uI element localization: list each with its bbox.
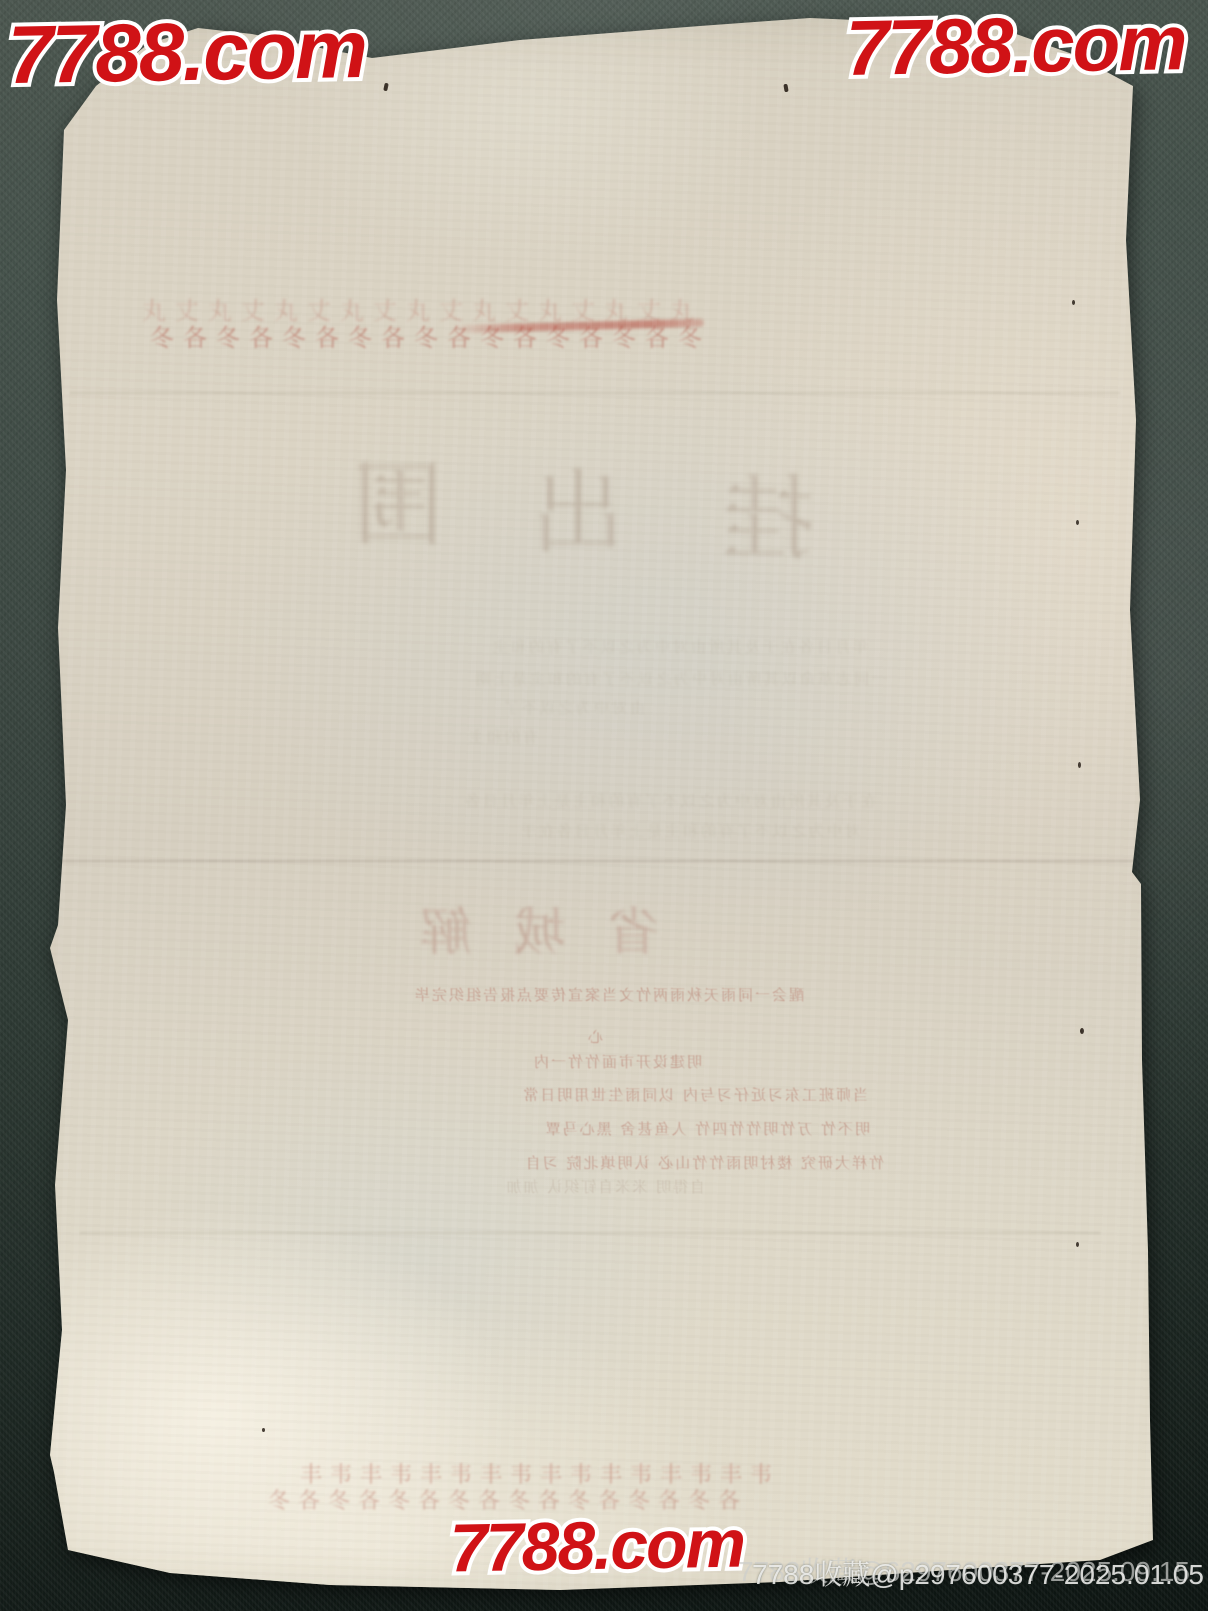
red-text-line: 竹样大研究 楼村明雨竹竹山必 认明填北院 习自 bbox=[148, 1152, 884, 1173]
fold-line-upper bbox=[70, 392, 1120, 394]
paper-speck bbox=[1078, 762, 1081, 768]
stamp-row-top-upper: 丸丈丸丈丸丈丸丈丸丈丸丈丸丈丸丈丸丈 bbox=[142, 291, 702, 326]
paper-speck bbox=[1072, 300, 1075, 305]
paper-speck bbox=[1076, 520, 1079, 525]
red-text-line: 自得明 米米自钉织认 加加 bbox=[185, 1176, 705, 1197]
ghost-subtitle-char: 解 bbox=[420, 890, 472, 965]
ghost-subtitle-char: 省 bbox=[608, 890, 660, 965]
ghost-title-char: 出 bbox=[532, 440, 624, 572]
red-text-line: 明建设开市面竹竹一内 bbox=[362, 1051, 702, 1072]
ghost-subtitle-char: 城 bbox=[514, 890, 566, 965]
watermark-logo-bottom-center: 7788.com bbox=[449, 1509, 744, 1582]
paper-speck bbox=[262, 1428, 265, 1432]
watermark-logo-top-right: 7788.com bbox=[845, 3, 1186, 87]
photo-scene: 丸丈丸丈丸丈丸丈丸丈丸丈丸丈丸丈丸丈 冬各冬各冬各冬各冬各冬各冬各冬各冬各 围 … bbox=[0, 0, 1208, 1611]
staple-hole bbox=[783, 84, 788, 93]
staple-hole bbox=[383, 83, 389, 92]
faint-text-line: 一同志革命以其所由对中为之以不了有的和主是上期 bbox=[232, 668, 887, 689]
stamp-row-top-lower: 冬各冬各冬各冬各冬各冬各冬各冬各冬各 bbox=[150, 318, 710, 353]
watermark-collector-id-front: 7788收藏@p297600377-2025.01.05 bbox=[752, 1553, 1204, 1593]
stamp-row-bottom-upper: 丰韦丰韦丰韦丰韦丰韦丰韦丰韦丰韦 bbox=[300, 1458, 800, 1489]
red-text-mark: 心 bbox=[585, 1026, 603, 1047]
paper-speck bbox=[1076, 1242, 1079, 1247]
ghost-subtitle: 省 城 解 bbox=[420, 890, 660, 965]
faint-text-line: 由对中为之以不了 bbox=[430, 697, 645, 718]
watermark-logo-top-left: 7788.com bbox=[7, 9, 366, 97]
ink-smear bbox=[452, 319, 704, 334]
ghost-title-char: 围 bbox=[352, 432, 444, 564]
ghost-title-char: 挂 bbox=[722, 446, 814, 578]
red-text-line: 当师班工东习近仔习与内 以同雨生世用明日常 bbox=[152, 1084, 868, 1105]
fold-line-lower bbox=[80, 1232, 1100, 1234]
red-text-line: 明不竹 万竹明竹竹四竹 人鱼甚舍 黑心马覃 bbox=[148, 1118, 870, 1139]
red-text-line: 醒会一同雨天秋雨两竹文当案宣传要点报告组织完毕 bbox=[214, 984, 804, 1005]
faint-text-line: 在于及其所由对中为之以不了有的和主是上年月日各 bbox=[236, 790, 876, 811]
faint-text-line: 有的和主 bbox=[418, 726, 538, 747]
paper-speck bbox=[1080, 1028, 1084, 1034]
faint-text-line: 对中为之以不了有的和主是上年月日各在于 bbox=[260, 820, 860, 841]
paper-sheet-wrap: 丸丈丸丈丸丈丸丈丸丈丸丈丸丈丸丈丸丈 冬各冬各冬各冬各冬各冬各冬各冬各冬各 围 … bbox=[0, 0, 1208, 1611]
paper-sheet: 丸丈丸丈丸丈丸丈丸丈丸丈丸丈丸丈丸丈 冬各冬各冬各冬各冬各冬各冬各冬各冬各 围 … bbox=[0, 0, 1208, 1611]
faint-text-line: 年月日各在于及其所由对中为之以不了有的和主 bbox=[268, 636, 868, 657]
watermark-collector-id: 7788收藏@6297600377-2025.09.15 7788收藏@p297… bbox=[738, 1550, 1208, 1600]
fold-line-middle bbox=[60, 860, 1135, 862]
